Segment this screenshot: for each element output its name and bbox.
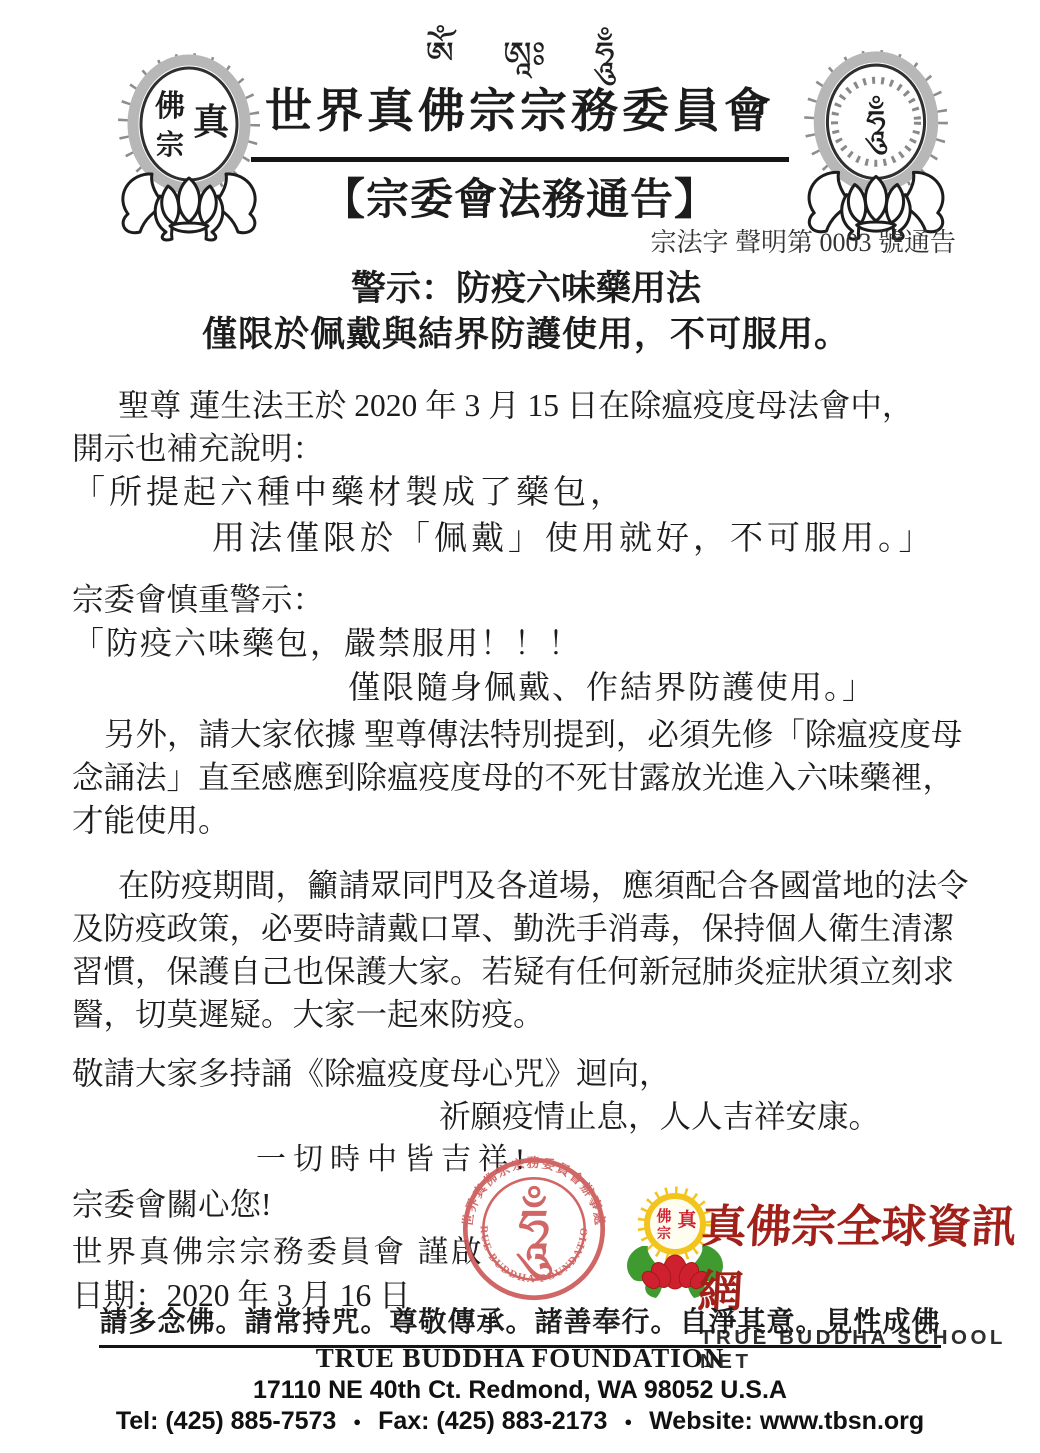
motto-row: 請多念佛。請常持咒。尊敬傳承。諸善奉行。自淨其意。見性成佛 bbox=[0, 1300, 1040, 1348]
paragraph3-line1: 在防疫期間，籲請眾同門及各道場，應須配合各國當地的法令 bbox=[72, 864, 980, 907]
paragraph2-line1: 另外，請大家依據 聖尊傳法特別提到，必須先修「除瘟疫度母 bbox=[72, 713, 980, 756]
paragraph3-line4: 醫，切莫遲疑。大家一起來防疫。 bbox=[72, 993, 980, 1036]
blessing-line1: 敬請大家多持誦《除瘟疫度母心咒》迴向， bbox=[72, 1052, 980, 1095]
org-title: 世界真佛宗宗務委員會 bbox=[251, 74, 789, 162]
paragraph2-line2: 念誦法」直至感應到除瘟疫度母的不死甘露放光進入六味藥裡， bbox=[72, 756, 980, 799]
motto-text: 請多念佛。請常持咒。尊敬傳承。諸善奉行。自淨其意。見性成佛 bbox=[99, 1300, 940, 1348]
warning-title-line1: 警示：防疫六味藥用法 bbox=[72, 266, 980, 312]
red-foundation-seal-icon: 世界真佛宗宗務委員會辦事處 TRUE BUDDHA FOUNDATION ཧཱུ… bbox=[461, 1152, 607, 1306]
telephone-number: Tel: (425) 885-7573 bbox=[116, 1407, 337, 1435]
emblem-char-zhen: 真 bbox=[677, 1208, 697, 1231]
notice-banner: 【宗委會法務通告】 bbox=[0, 166, 1040, 227]
paragraph3-line2: 及防疫政策，必要時請戴口罩、勤洗手消毒，保持個人衛生清潔 bbox=[72, 907, 980, 950]
emblem-char-zong: 宗 bbox=[657, 1225, 671, 1242]
warning-quote-line2: 僅限隨身佩戴、作結界防護使用。」 bbox=[72, 665, 980, 709]
paragraph2-line3: 才能使用。 bbox=[72, 799, 980, 842]
blessing-line2: 祈願疫情止息，人人吉祥安康。 bbox=[72, 1095, 980, 1138]
contact-row: Tel: (425) 885-7573 ● Fax: (425) 883-217… bbox=[0, 1407, 1040, 1436]
foundation-address: 17110 NE 40th Ct. Redmond, WA 98052 U.S.… bbox=[0, 1376, 1040, 1405]
reference-number: 宗法字 聲明第 0003 號通告 bbox=[650, 222, 956, 259]
emblem-char-fo: 佛 bbox=[655, 1207, 671, 1225]
warning-title-line2: 僅限於佩戴與結界防護使用，不可服用。 bbox=[72, 312, 980, 358]
separator-dot: ● bbox=[624, 1414, 632, 1429]
foundation-name-english: TRUE BUDDHA FOUNDATION bbox=[0, 1343, 1040, 1374]
paragraph1-line1: 聖尊 蓮生法王於 2020 年 3 月 15 日在除瘟疫度母法會中， bbox=[72, 384, 980, 427]
quote1-line2: 用法僅限於「佩戴」使用就好，不可服用。」 bbox=[72, 516, 980, 562]
quote1-line1: 「所提起六種中藥材製成了藥包， bbox=[72, 470, 980, 516]
scanned-notice-document: ཨོཾ ཨཱཿ ཧཱུྃ 佛 真 宗 ཧཱུྃ bbox=[0, 0, 1040, 1453]
website-url: Website: www.tbsn.org bbox=[649, 1407, 924, 1435]
paragraph3-line3: 習慣，保護自己也保護大家。若疑有任何新冠肺炎症狀須立刻求 bbox=[72, 950, 980, 993]
org-title-row: 世界真佛宗宗務委員會 bbox=[0, 74, 1040, 162]
paragraph1-line2: 開示也補充說明： bbox=[72, 427, 980, 470]
warning-quote-line1: 「防疫六味藥包，嚴禁服用！！！ bbox=[72, 621, 980, 665]
fax-number: Fax: (425) 883-2173 bbox=[378, 1407, 607, 1435]
seal-center-seed-syllable: ཧཱུྃ bbox=[516, 1185, 553, 1280]
separator-dot: ● bbox=[353, 1414, 361, 1429]
warning-intro: 宗委會慎重警示： bbox=[72, 578, 980, 621]
